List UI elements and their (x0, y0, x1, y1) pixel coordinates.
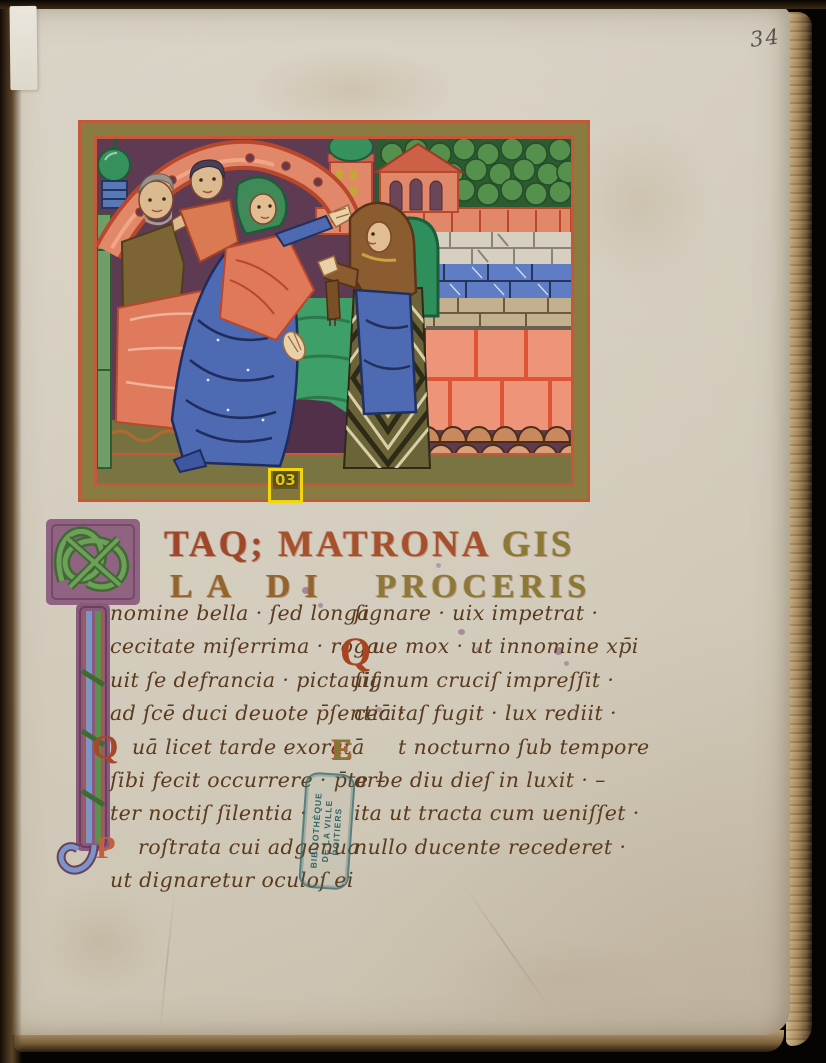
annotation-label: 03 (273, 471, 298, 489)
crease (158, 887, 176, 1036)
miniature-illustration (78, 120, 590, 502)
manuscript-text: uā licet tarde exoratā (132, 735, 365, 759)
manuscript-text-line: cecitaſ fugit · lux rediit · (354, 701, 654, 734)
manuscript-text-line: Et nocturno ſub tempore (354, 735, 654, 768)
manuscript-text: ter noctiſ ſilentia · (110, 801, 307, 825)
display-letter-segment: LA DI (170, 568, 332, 605)
manuscript-text: uit ſe defrancia · pictauiſ (110, 668, 378, 692)
versal-initial: Q (92, 731, 119, 765)
stamp-line: POITIERS (331, 808, 345, 856)
manuscript-text-line: Que mox · ut innomine xp̄i (354, 634, 654, 667)
display-letter-segment: TAQ; (164, 524, 266, 565)
manuscript-text-line: ad ſcē duci deuote p̄ſentiā · (110, 701, 390, 734)
display-title-line-1: TAQ; MATRONA GIS (164, 523, 604, 567)
binding-edge (0, 0, 22, 1063)
manuscript-text: ſignare · uix impetrat · (354, 601, 598, 625)
manuscript-text: ita ut tracta cum ueniſſet · (354, 801, 640, 825)
display-letter-segment: PROCERIS (376, 568, 592, 605)
photo-top-edge (0, 0, 826, 9)
library-stamp: BIBLIOTHÈQUE DE LA VILLE POITIERS (298, 771, 356, 890)
display-letter-segment: GIS (502, 524, 575, 565)
manuscript-text: ue mox · ut innomine xp̄i (372, 634, 639, 658)
manuscript-text-line: ſignum cruciſ impreſſit · (354, 668, 654, 701)
stain (436, 937, 676, 1027)
manuscript-text: t nocturno ſub tempore (398, 735, 650, 759)
text-column-right: ſignare · uix impetrat ·Que mox · ut inn… (354, 601, 654, 868)
manuscript-text: orbe diu dieſ in luxit · – (354, 768, 606, 792)
versal-initial: E (332, 735, 352, 765)
display-letter-segment: MATRONA (266, 524, 502, 565)
manuscript-photo: 34 (0, 0, 826, 1063)
manuscript-text-line: orbe diu dieſ in luxit · – (354, 768, 654, 801)
stain (36, 887, 166, 997)
initial-shaft (76, 603, 110, 851)
display-title: TAQ; MATRONA GIS LA DIPROCERIS (164, 523, 604, 607)
manuscript-text: nomine bella · ſed longa (110, 601, 370, 625)
annotation-box-03[interactable]: 03 (268, 468, 303, 503)
manuscript-text: ſignum cruciſ impreſſit · (354, 668, 614, 692)
corner-tab (10, 6, 38, 90)
folio-number: 34 (749, 24, 782, 52)
versal-initial: P (96, 831, 116, 863)
manuscript-text: nullo ducente recederet · (354, 835, 626, 859)
manuscript-text-line: nullo ducente recederet · (354, 835, 654, 868)
crease (460, 881, 553, 1013)
manuscript-text-line: ita ut tracta cum ueniſſet · (354, 801, 654, 834)
versal-initial: Q (340, 632, 372, 672)
miniature-frame (78, 120, 590, 502)
manuscript-text: cecitaſ fugit · lux rediit · (354, 701, 617, 725)
manuscript-text-line: ſignare · uix impetrat · (354, 601, 654, 634)
